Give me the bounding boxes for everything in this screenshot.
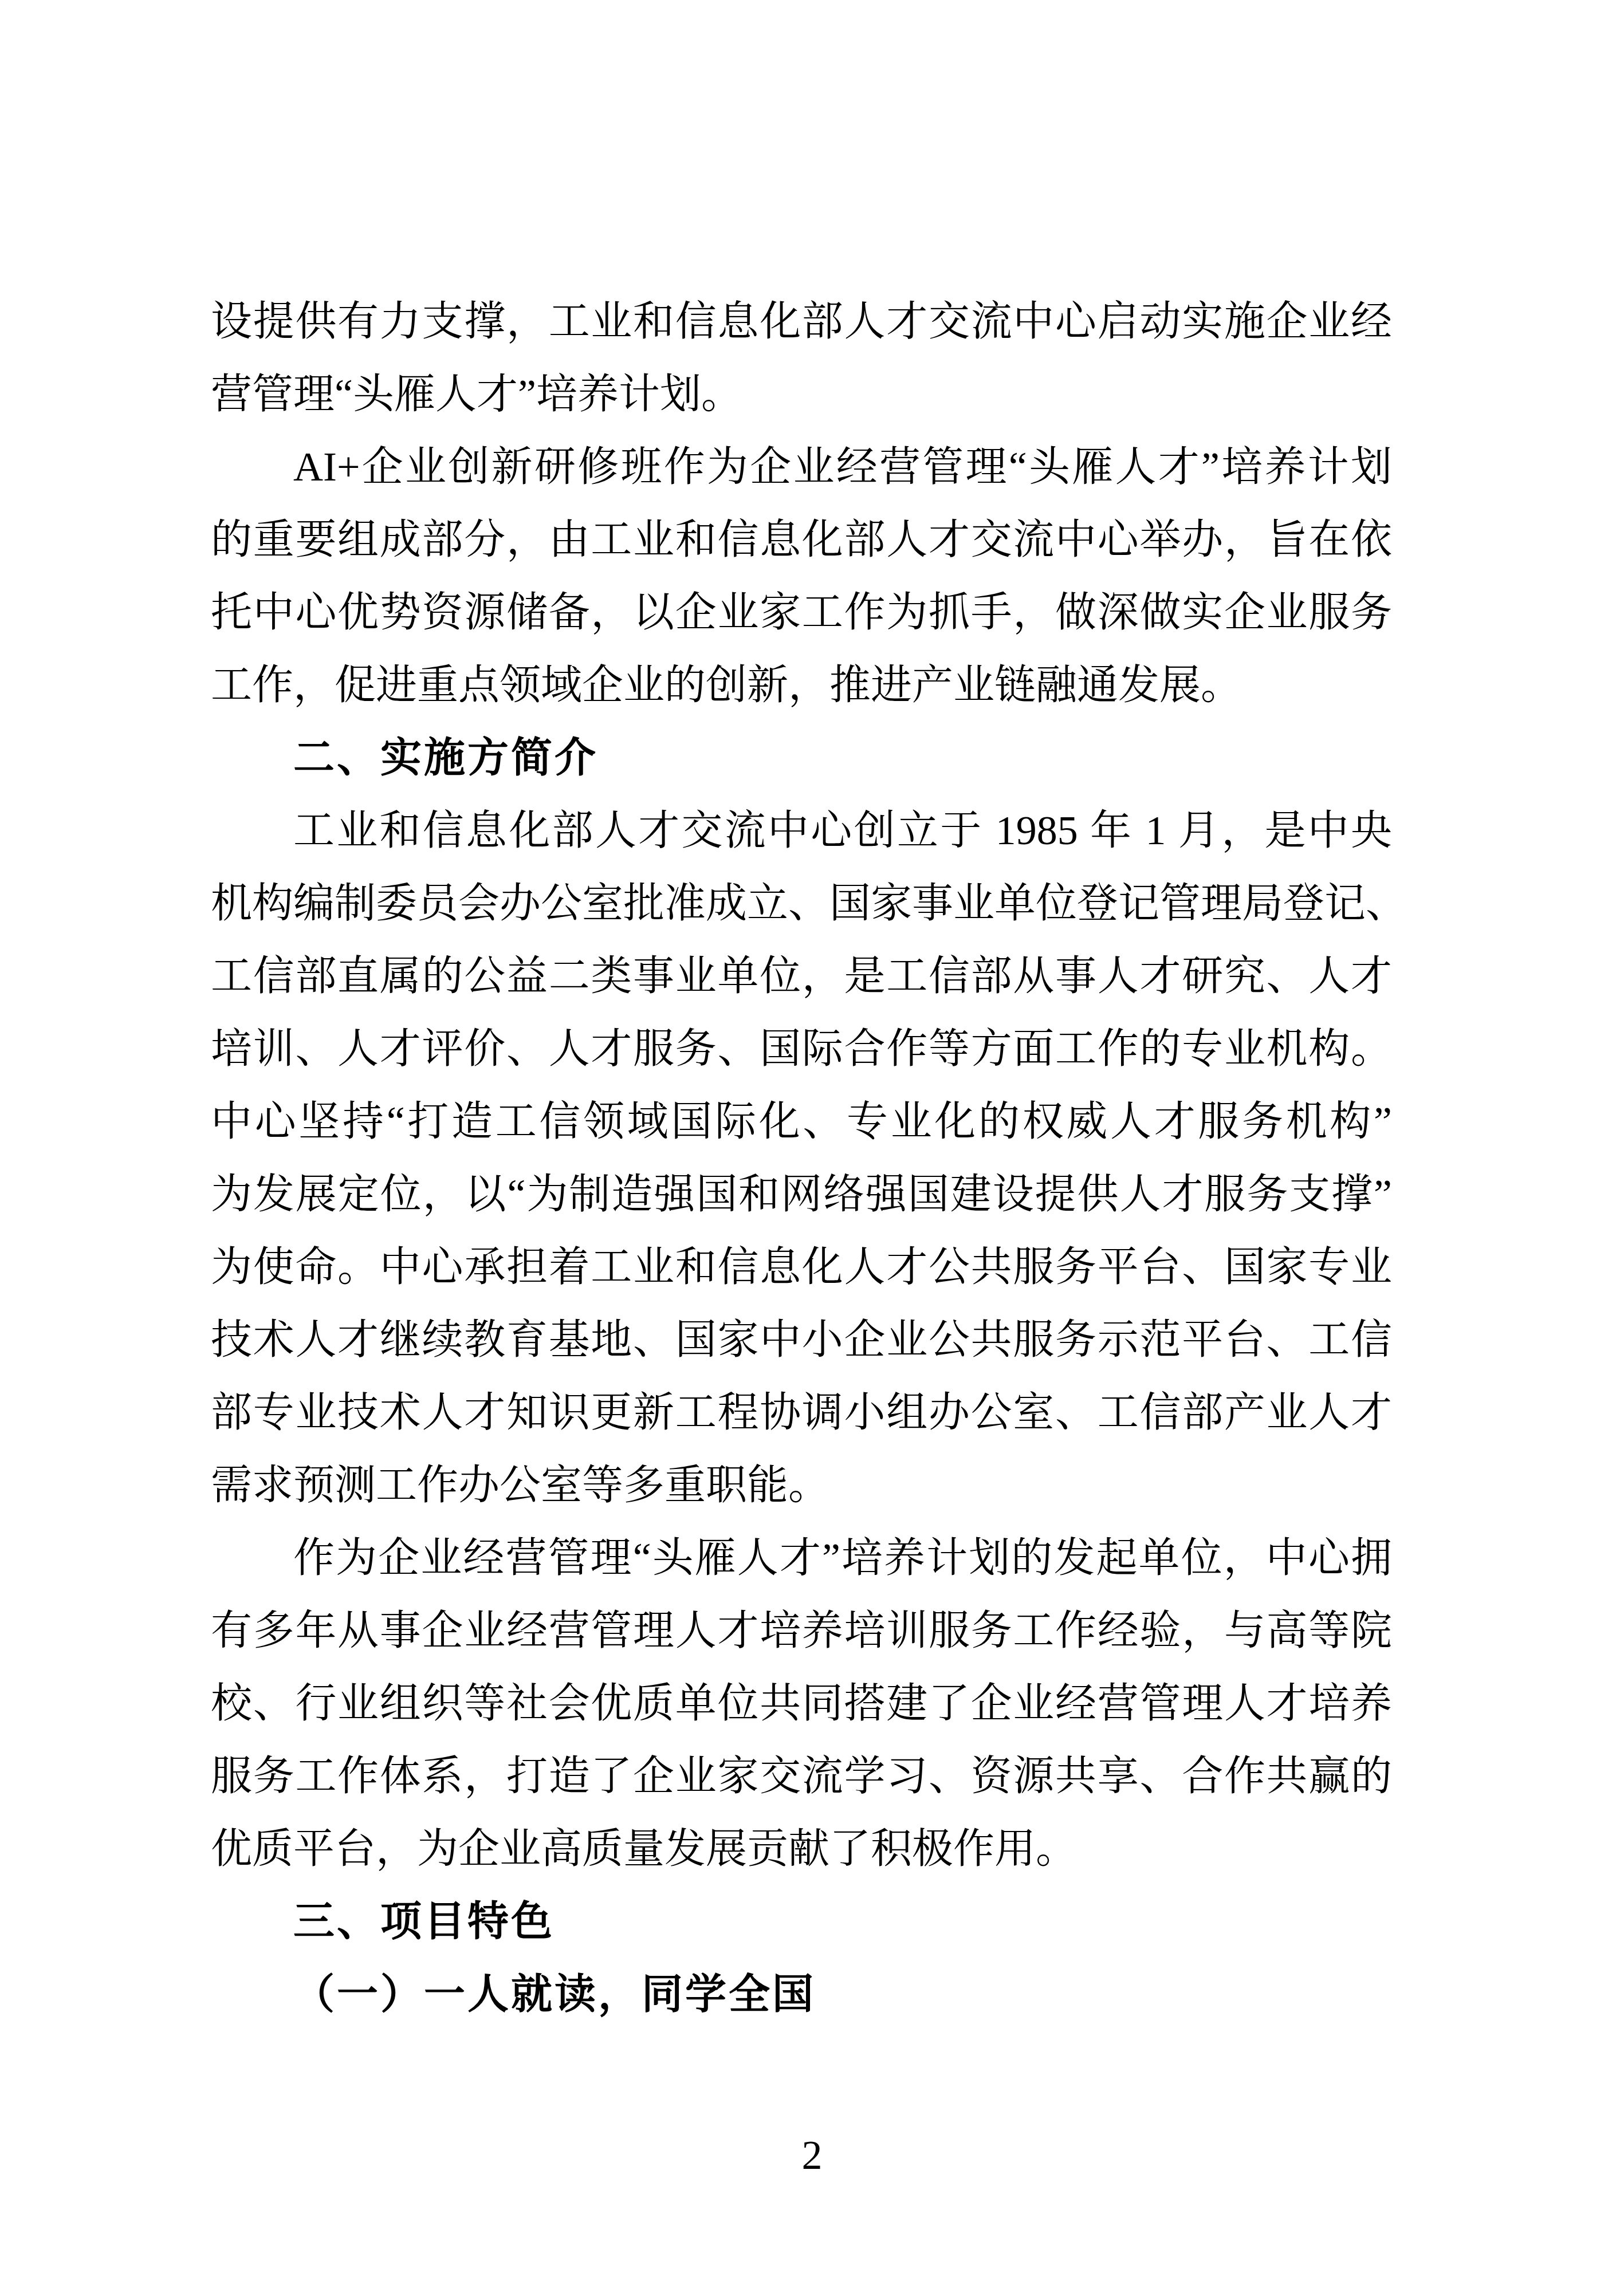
section-heading: 三、项目特色: [211, 1885, 1392, 1958]
sub-heading: （一）一人就读，同学全国: [211, 1958, 1392, 2031]
text-line: 作为企业经营管理“头雁人才”培养计划的发起单位，中心拥: [211, 1522, 1392, 1594]
text-line: 为使命。中心承担着工业和信息化人才公共服务平台、国家专业: [211, 1231, 1392, 1303]
text-line: 有多年从事企业经营管理人才培养培训服务工作经验，与高等院: [211, 1594, 1392, 1667]
text-line: 工业和信息化部人才交流中心创立于 1985 年 1 月，是中央: [211, 794, 1392, 867]
text-line: 服务工作体系，打造了企业家交流学习、资源共享、合作共赢的: [211, 1740, 1392, 1813]
text-line: 需求预测工作办公室等多重职能。: [211, 1449, 1392, 1522]
text-line: 优质平台，为企业高质量发展贡献了积极作用。: [211, 1813, 1392, 1885]
text-line: 机构编制委员会办公室批准成立、国家事业单位登记管理局登记、: [211, 867, 1392, 940]
text-line: AI+企业创新研修班作为企业经营管理“头雁人才”培养计划: [211, 431, 1392, 503]
section-heading: 二、实施方简介: [211, 722, 1392, 794]
text-line: 工作，促进重点领域企业的创新，推进产业链融通发展。: [211, 649, 1392, 722]
document-page: 设提供有力支撑，工业和信息化部人才交流中心启动实施企业经 营管理“头雁人才”培养…: [0, 0, 1624, 2296]
page-number: 2: [0, 2119, 1624, 2192]
text-line: 为发展定位，以“为制造强国和网络强国建设提供人才服务支撑”: [211, 1158, 1392, 1231]
text-line: 设提供有力支撑，工业和信息化部人才交流中心启动实施企业经: [211, 285, 1392, 358]
text-line: 校、行业组织等社会优质单位共同搭建了企业经营管理人才培养: [211, 1667, 1392, 1740]
text-line: 工信部直属的公益二类事业单位，是工信部从事人才研究、人才: [211, 940, 1392, 1013]
text-line: 托中心优势资源储备，以企业家工作为抓手，做深做实企业服务: [211, 576, 1392, 649]
text-line: 部专业技术人才知识更新工程协调小组办公室、工信部产业人才: [211, 1376, 1392, 1449]
text-line: 培训、人才评价、人才服务、国际合作等方面工作的专业机构。: [211, 1013, 1392, 1085]
text-line: 的重要组成部分，由工业和信息化部人才交流中心举办，旨在依: [211, 503, 1392, 576]
text-line: 中心坚持“打造工信领域国际化、专业化的权威人才服务机构”: [211, 1085, 1392, 1158]
text-line: 营管理“头雁人才”培养计划。: [211, 358, 1392, 431]
text-line: 技术人才继续教育基地、国家中小企业公共服务示范平台、工信: [211, 1303, 1392, 1376]
document-text-block: 设提供有力支撑，工业和信息化部人才交流中心启动实施企业经 营管理“头雁人才”培养…: [211, 285, 1392, 2031]
